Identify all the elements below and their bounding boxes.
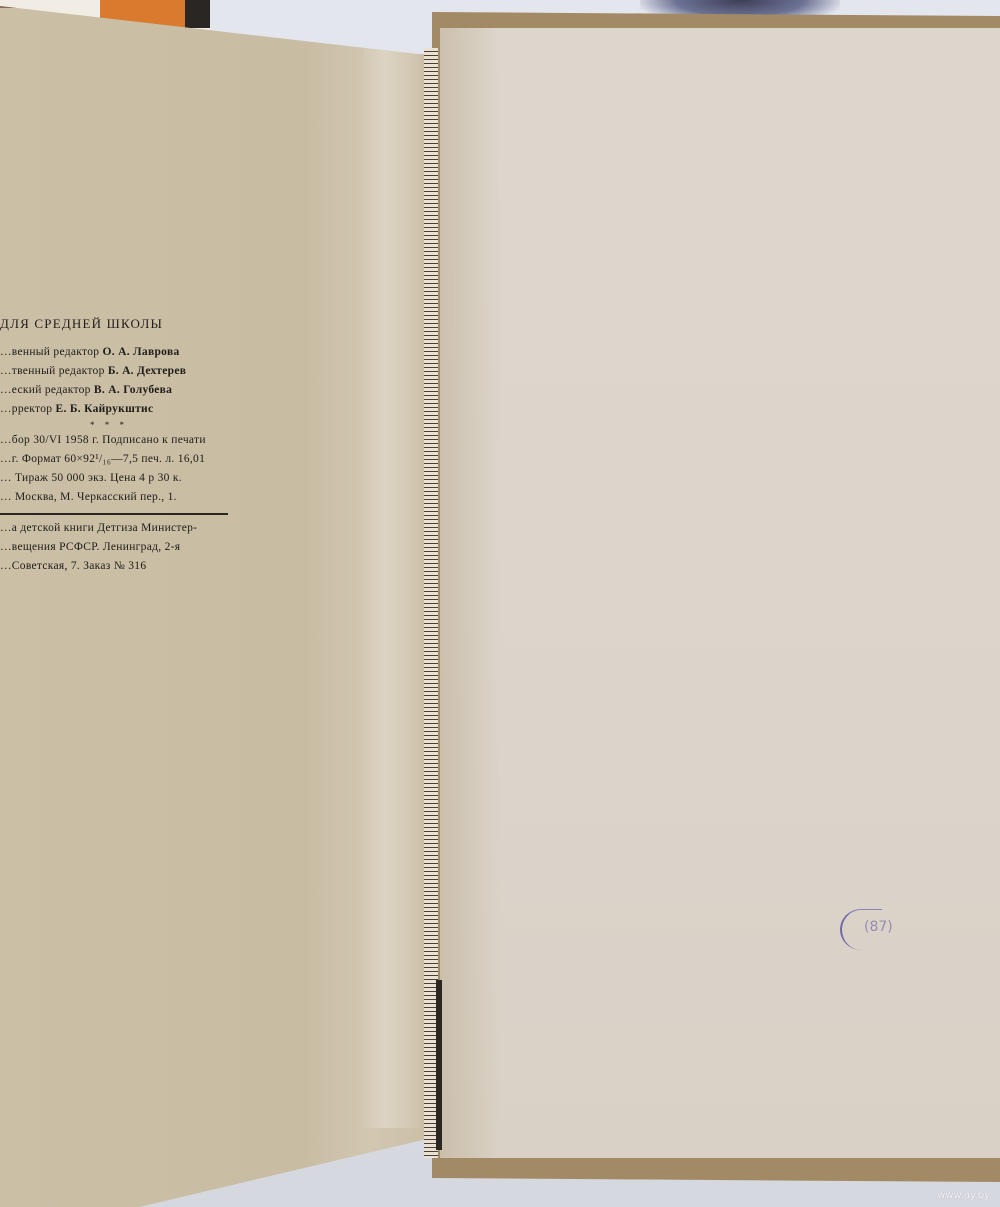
printer-line: …а детской книги Детгиза Министер- [0,519,230,538]
divider-rule [0,513,228,515]
watermark: www.ay.by [937,1190,990,1201]
editor-line: …рректор Е. Б. Кайрукштис [0,400,230,419]
publication-line: … Тираж 50 000 экз. Цена 4 р 30 к. [0,469,230,488]
separator-stars: * * * [0,419,230,431]
left-imprint-page [0,6,436,1207]
imprint-text-block: ДЛЯ СРЕДНЕЙ ШКОЛЫ …венный редактор О. А.… [0,314,230,576]
editor-line: …венный редактор О. А. Лаврова [0,343,230,362]
pencil-price-mark: (87) [840,905,910,955]
publication-line: … Москва, М. Черкасский пер., 1. [0,488,230,507]
publication-line: …г. Формат 60×92¹/₁₆—7,5 печ. л. 16,01 [0,450,230,469]
editor-line: …твенный редактор Б. А. Дехтерев [0,362,230,381]
editor-line: …еский редактор В. А. Голубева [0,381,230,400]
hinge-stain [440,28,500,1158]
right-endpaper [440,28,1000,1158]
background-dark-patch [185,0,210,28]
imprint-heading: ДЛЯ СРЕДНЕЙ ШКОЛЫ [0,314,230,333]
glue-stain [360,48,420,1128]
printer-line: …вещения РСФСР. Ленинград, 2-я [0,538,230,557]
printer-line: …Советская, 7. Заказ № 316 [0,557,230,576]
spine-gap [436,980,442,1150]
publication-line: …бор 30/VI 1958 г. Подписано к печати [0,431,230,450]
